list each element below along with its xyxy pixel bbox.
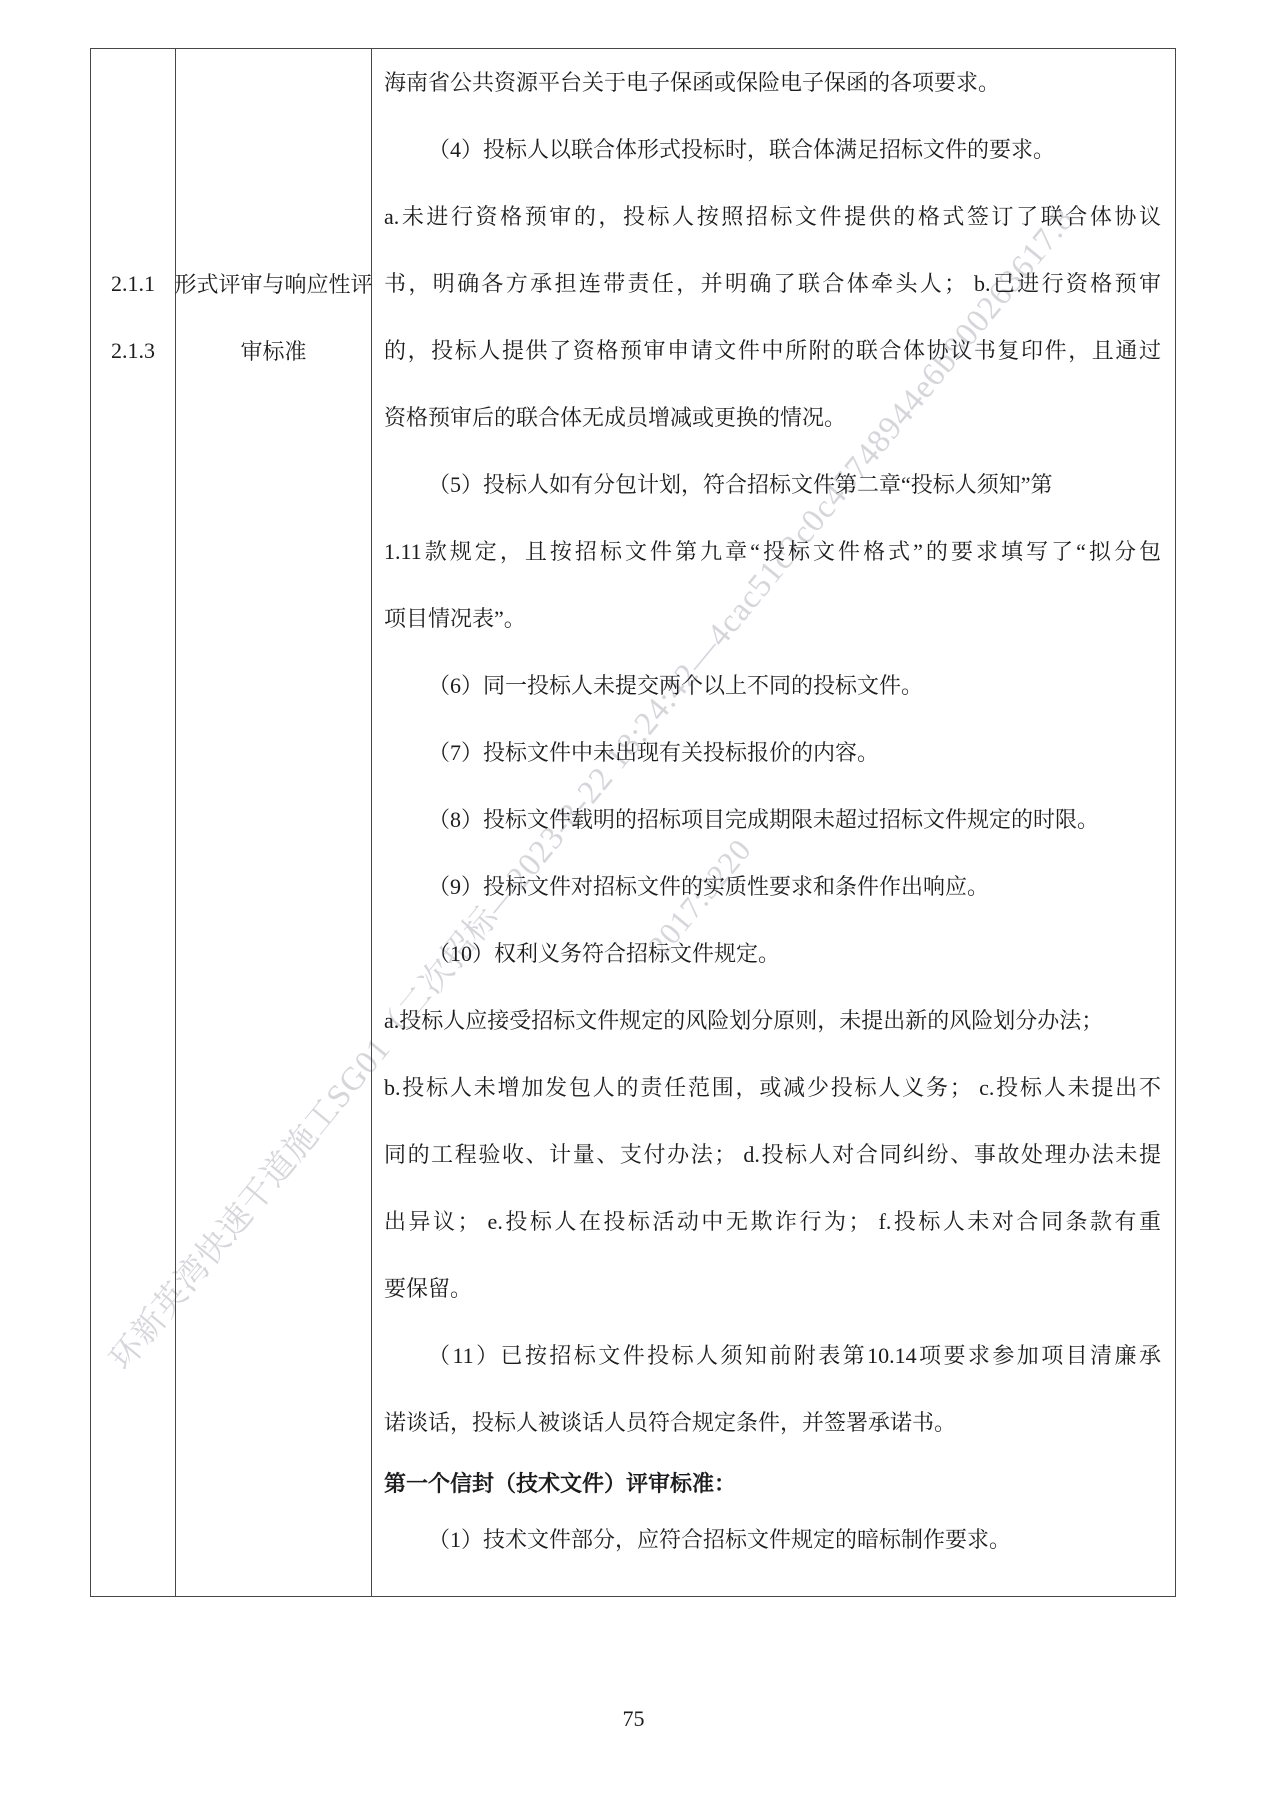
- content-line: （9）投标文件对招标文件的实质性要求和条件作出响应。: [384, 853, 1161, 920]
- criteria-name-column: 形式评审与响应性评 审标准: [176, 49, 372, 1596]
- review-criteria-table: 2.1.1 2.1.3 形式评审与响应性评 审标准 海南省公共资源平台关于电子保…: [90, 48, 1176, 1597]
- content-line: （11）已按招标文件投标人须知前附表第10.14项要求参加项目清廉承: [384, 1322, 1161, 1389]
- content-line: a.未进行资格预审的，投标人按照招标文件提供的格式签订了联合体协议: [384, 183, 1161, 250]
- content-line: 出异议； e.投标人在投标活动中无欺诈行为； f.投标人未对合同条款有重: [384, 1188, 1161, 1255]
- content-line: 海南省公共资源平台关于电子保函或保险电子保函的各项要求。: [384, 49, 1161, 116]
- content-line: （4）投标人以联合体形式投标时，联合体满足招标文件的要求。: [384, 116, 1161, 183]
- page-number: 75: [0, 1706, 1267, 1732]
- document-page: 环新英湾快速干道施工SG01（二次招标—2023-8-22 18:24:42—4…: [0, 0, 1267, 1793]
- content-line: 诺谈话，投标人被谈话人员符合规定条件，并签署承诺书。: [384, 1389, 1161, 1456]
- content-line: 项目情况表”。: [384, 585, 1161, 652]
- criteria-name-line: 形式评审与响应性评: [176, 250, 371, 317]
- content-line: 1.11款规定，且按招标文件第九章“投标文件格式”的要求填写了“拟分包: [384, 518, 1161, 585]
- content-line: 同的工程验收、计量、支付办法； d.投标人对合同纠纷、事故处理办法未提: [384, 1121, 1161, 1188]
- clause-number: 2.1.3: [91, 317, 175, 384]
- content-line: 要保留。: [384, 1255, 1161, 1322]
- content-line: 书，明确各方承担连带责任，并明确了联合体牵头人； b.已进行资格预审: [384, 250, 1161, 317]
- content-line-section-header: 第一个信封（技术文件）评审标准：: [384, 1456, 1161, 1512]
- content-line: （7）投标文件中未出现有关投标报价的内容。: [384, 719, 1161, 786]
- content-line: （6）同一投标人未提交两个以上不同的投标文件。: [384, 652, 1161, 719]
- content-line: （1）技术文件部分，应符合招标文件规定的暗标制作要求。: [384, 1512, 1161, 1568]
- content-line: a.投标人应接受招标文件规定的风险划分原则，未提出新的风险划分办法；: [384, 987, 1161, 1054]
- content-line: （10）权利义务符合招标文件规定。: [384, 920, 1161, 987]
- clause-number-column: 2.1.1 2.1.3: [91, 49, 176, 1596]
- content-line: （5）投标人如有分包计划，符合招标文件第二章“投标人须知”第: [384, 451, 1161, 518]
- content-line: 的，投标人提供了资格预审申请文件中所附的联合体协议书复印件，且通过: [384, 317, 1161, 384]
- criteria-name-line: 审标准: [176, 317, 371, 384]
- content-line: （8）投标文件载明的招标项目完成期限未超过招标文件规定的时限。: [384, 786, 1161, 853]
- criteria-content-column: 海南省公共资源平台关于电子保函或保险电子保函的各项要求。 （4）投标人以联合体形…: [372, 49, 1175, 1596]
- content-line: 资格预审后的联合体无成员增减或更换的情况。: [384, 384, 1161, 451]
- clause-number: 2.1.1: [91, 250, 175, 317]
- content-line: b.投标人未增加发包人的责任范围，或减少投标人义务； c.投标人未提出不: [384, 1054, 1161, 1121]
